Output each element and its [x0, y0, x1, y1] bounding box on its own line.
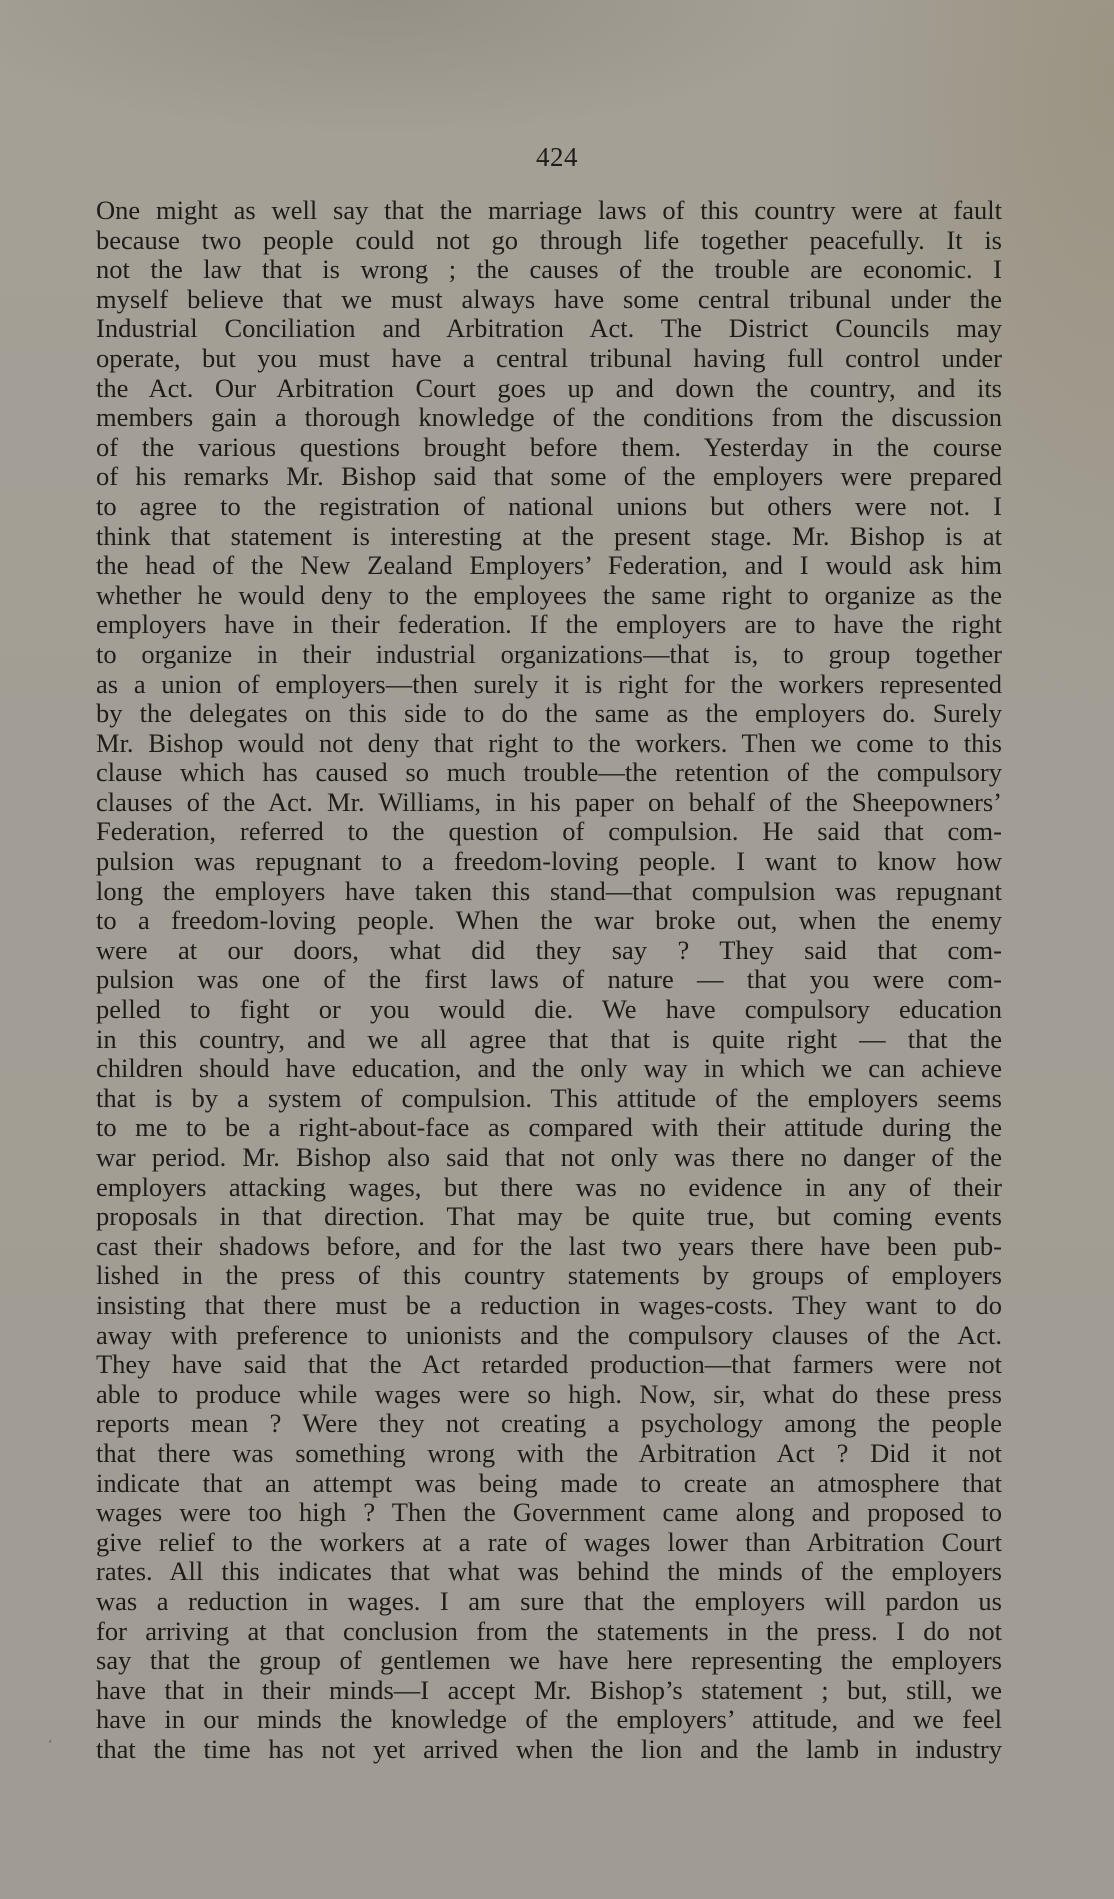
text-line: pelled to fight or you would die. We hav…	[96, 995, 1002, 1025]
text-line-content: operate, but you must have a central tri…	[96, 344, 1002, 374]
margin-mark: ‘	[48, 1738, 52, 1754]
text-line-content: clauses of the Act. Mr. Williams, in his…	[96, 788, 1002, 818]
text-line: One might as well say that the marriage …	[96, 196, 1002, 226]
text-line: Industrial Conciliation and Arbitration …	[96, 314, 1002, 344]
text-line: the head of the New Zealand Employers’ F…	[96, 551, 1002, 581]
text-line: They have said that the Act retarded pro…	[96, 1350, 1002, 1380]
text-line-content: They have said that the Act retarded pro…	[96, 1350, 1002, 1380]
text-line: pulsion was repugnant to a freedom-lovin…	[96, 847, 1002, 877]
text-line: of his remarks Mr. Bishop said that some…	[96, 462, 1002, 492]
text-line: have in our minds the knowledge of the e…	[96, 1705, 1002, 1735]
text-line-content: have in our minds the knowledge of the e…	[96, 1705, 1002, 1735]
text-line: clauses of the Act. Mr. Williams, in his…	[96, 788, 1002, 818]
text-line-content: indicate that an attempt was being made …	[96, 1469, 1002, 1499]
text-line-content: in this country, and we all agree that t…	[96, 1025, 1002, 1055]
text-line: Mr. Bishop would not deny that right to …	[96, 729, 1002, 759]
text-line-content: that the time has not yet arrived when t…	[96, 1735, 1002, 1765]
text-line-content: were at our doors, what did they say ? T…	[96, 936, 1002, 966]
text-line: have that in their minds—I accept Mr. Bi…	[96, 1676, 1002, 1706]
text-line-content: pelled to fight or you would die. We hav…	[96, 995, 1002, 1025]
text-line: as a union of employers—then surely it i…	[96, 670, 1002, 700]
text-line: to agree to the registration of national…	[96, 492, 1002, 522]
text-line: the Act. Our Arbitration Court goes up a…	[96, 374, 1002, 404]
text-line-content: Industrial Conciliation and Arbitration …	[96, 314, 1002, 344]
text-line: whether he would deny to the employees t…	[96, 581, 1002, 611]
text-line: lished in the press of this country stat…	[96, 1261, 1002, 1291]
text-line-content: by the delegates on this side to do the …	[96, 699, 1002, 729]
text-line: not the law that is wrong ; the causes o…	[96, 255, 1002, 285]
text-line: reports mean ? Were they not creating a …	[96, 1409, 1002, 1439]
text-line-content: for arriving at that conclusion from the…	[96, 1617, 1002, 1647]
text-line-content: not the law that is wrong ; the causes o…	[96, 255, 1002, 285]
text-line: that the time has not yet arrived when t…	[96, 1735, 1002, 1765]
text-line-content: war period. Mr. Bishop also said that no…	[96, 1143, 1002, 1173]
text-line-content: of his remarks Mr. Bishop said that some…	[96, 462, 1002, 492]
text-line-content: One might as well say that the marriage …	[96, 196, 1002, 226]
text-line: pulsion was one of the first laws of nat…	[96, 965, 1002, 995]
text-line-content: pulsion was one of the first laws of nat…	[96, 965, 1002, 995]
text-line-content: to agree to the registration of national…	[96, 492, 1002, 522]
text-line-content: pulsion was repugnant to a freedom-lovin…	[96, 847, 1002, 877]
text-line: give relief to the workers at a rate of …	[96, 1528, 1002, 1558]
text-line-content: children should have education, and the …	[96, 1054, 1002, 1084]
text-line: proposals in that direction. That may be…	[96, 1202, 1002, 1232]
text-line-content: lished in the press of this country stat…	[96, 1261, 1002, 1291]
text-line: were at our doors, what did they say ? T…	[96, 936, 1002, 966]
text-line: operate, but you must have a central tri…	[96, 344, 1002, 374]
text-line-content: away with preference to unionists and th…	[96, 1321, 1002, 1351]
page-number: 424	[0, 142, 1114, 173]
text-line: that there was something wrong with the …	[96, 1439, 1002, 1469]
text-line: myself believe that we must always have …	[96, 285, 1002, 315]
text-line: Federation, referred to the question of …	[96, 817, 1002, 847]
body-text: One might as well say that the marriage …	[96, 196, 1002, 1764]
text-line-content: whether he would deny to the employees t…	[96, 581, 1002, 611]
text-line: in this country, and we all agree that t…	[96, 1025, 1002, 1055]
text-line-content: that there was something wrong with the …	[96, 1439, 1002, 1469]
text-line-content: as a union of employers—then surely it i…	[96, 670, 1002, 700]
text-line-content: to me to be a right-about-face as compar…	[96, 1113, 1002, 1143]
text-line-content: members gain a thorough knowledge of the…	[96, 403, 1002, 433]
text-line: children should have education, and the …	[96, 1054, 1002, 1084]
text-line-content: proposals in that direction. That may be…	[96, 1202, 1002, 1232]
text-line: think that statement is interesting at t…	[96, 522, 1002, 552]
text-line-content: think that statement is interesting at t…	[96, 522, 1002, 552]
text-line: cast their shadows before, and for the l…	[96, 1232, 1002, 1262]
text-line: insisting that there must be a reduction…	[96, 1291, 1002, 1321]
text-line-content: rates. All this indicates that what was …	[96, 1557, 1002, 1587]
text-line: wages were too high ? Then the Governmen…	[96, 1498, 1002, 1528]
text-line-content: Federation, referred to the question of …	[96, 817, 1002, 847]
text-line-content: employers attacking wages, but there was…	[96, 1173, 1002, 1203]
text-line: say that the group of gentlemen we have …	[96, 1646, 1002, 1676]
text-line-content: to organize in their industrial organiza…	[96, 640, 1002, 670]
text-line-content: to a freedom-loving people. When the war…	[96, 906, 1002, 936]
text-line: by the delegates on this side to do the …	[96, 699, 1002, 729]
text-line: indicate that an attempt was being made …	[96, 1469, 1002, 1499]
text-line-content: the head of the New Zealand Employers’ F…	[96, 551, 1002, 581]
text-line: employers have in their federation. If t…	[96, 610, 1002, 640]
text-line: to organize in their industrial organiza…	[96, 640, 1002, 670]
text-line-content: of the various questions brought before …	[96, 433, 1002, 463]
text-line: away with preference to unionists and th…	[96, 1321, 1002, 1351]
text-line: that is by a system of compulsion. This …	[96, 1084, 1002, 1114]
text-line-content: that is by a system of compulsion. This …	[96, 1084, 1002, 1114]
text-line-content: cast their shadows before, and for the l…	[96, 1232, 1002, 1262]
text-line-content: have that in their minds—I accept Mr. Bi…	[96, 1676, 1002, 1706]
text-line: was a reduction in wages. I am sure that…	[96, 1587, 1002, 1617]
text-line: for arriving at that conclusion from the…	[96, 1617, 1002, 1647]
text-line: clause which has caused so much trouble—…	[96, 758, 1002, 788]
text-line: members gain a thorough knowledge of the…	[96, 403, 1002, 433]
text-line-content: wages were too high ? Then the Governmen…	[96, 1498, 1002, 1528]
text-line-content: employers have in their federation. If t…	[96, 610, 1002, 640]
text-line-content: able to produce while wages were so high…	[96, 1380, 1002, 1410]
text-line-content: clause which has caused so much trouble—…	[96, 758, 1002, 788]
text-line-content: give relief to the workers at a rate of …	[96, 1528, 1002, 1558]
text-line-content: insisting that there must be a reduction…	[96, 1291, 1002, 1321]
text-line: able to produce while wages were so high…	[96, 1380, 1002, 1410]
text-line: to me to be a right-about-face as compar…	[96, 1113, 1002, 1143]
text-line: employers attacking wages, but there was…	[96, 1173, 1002, 1203]
text-line: because two people could not go through …	[96, 226, 1002, 256]
document-page: 424 One might as well say that the marri…	[0, 0, 1114, 1899]
text-line-content: long the employers have taken this stand…	[96, 877, 1002, 907]
text-line: long the employers have taken this stand…	[96, 877, 1002, 907]
text-line: rates. All this indicates that what was …	[96, 1557, 1002, 1587]
text-line-content: Mr. Bishop would not deny that right to …	[96, 729, 1002, 759]
text-line-content: because two people could not go through …	[96, 226, 1002, 256]
text-line-content: say that the group of gentlemen we have …	[96, 1646, 1002, 1676]
text-line-content: myself believe that we must always have …	[96, 285, 1002, 315]
text-line-content: was a reduction in wages. I am sure that…	[96, 1587, 1002, 1617]
text-line: of the various questions brought before …	[96, 433, 1002, 463]
text-line-content: reports mean ? Were they not creating a …	[96, 1409, 1002, 1439]
text-line: to a freedom-loving people. When the war…	[96, 906, 1002, 936]
text-line: war period. Mr. Bishop also said that no…	[96, 1143, 1002, 1173]
text-line-content: the Act. Our Arbitration Court goes up a…	[96, 374, 1002, 404]
